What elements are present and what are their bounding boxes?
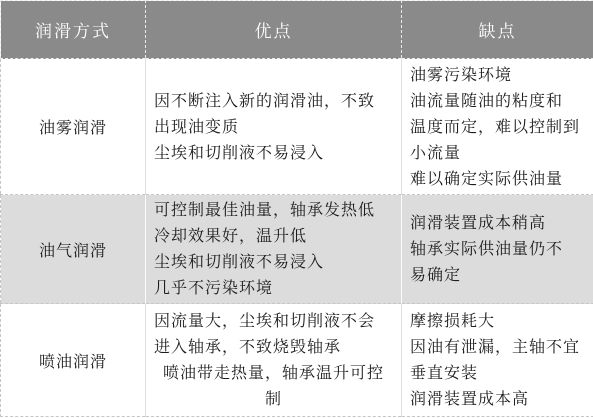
cell-line: 喷油带走热量，轴承温升可控	[154, 360, 393, 386]
cell-line: 易确定	[410, 262, 585, 288]
cell-line: 因不断注入新的润滑油，不致	[154, 88, 393, 114]
cell-line: 摩擦损耗大	[410, 308, 585, 334]
cons-cell: 摩擦损耗大因油有泄漏，主轴不宜垂直安装润滑装置成本高	[402, 304, 593, 417]
cons-cell: 油雾污染环境油流量随油的粘度和温度而定，难以控制到小流量难以确定实际供油量	[402, 59, 593, 195]
lubrication-table: 润滑方式 优点 缺点 油雾润滑因不断注入新的润滑油，不致出现油变质尘埃和切削液不…	[0, 0, 593, 417]
table-row: 油气润滑可控制最佳油量，轴承发热低冷却效果好，温升低尘埃和切削液不易浸入几乎不污…	[1, 195, 593, 304]
lubrication-comparison-page: 润滑方式 优点 缺点 油雾润滑因不断注入新的润滑油，不致出现油变质尘埃和切削液不…	[0, 0, 593, 418]
cell-line: 因流量大，尘埃和切削液不会	[154, 308, 393, 334]
cell-line: 润滑装置成本高	[410, 386, 585, 412]
cell-line: 难以确定实际供油量	[410, 166, 585, 192]
method-cell: 油雾润滑	[1, 59, 146, 195]
cell-line: 小流量	[410, 140, 585, 166]
header-cell-method: 润滑方式	[1, 1, 146, 59]
table-row: 油雾润滑因不断注入新的润滑油，不致出现油变质尘埃和切削液不易浸入油雾污染环境油流…	[1, 59, 593, 195]
cell-line: 几乎不污染环境	[154, 275, 393, 301]
method-cell: 油气润滑	[1, 195, 146, 304]
cell-line: 尘埃和切削液不易浸入	[154, 140, 393, 166]
cell-line: 润滑装置成本稍高	[410, 210, 585, 236]
cell-line: 轴承实际供油量仍不	[410, 236, 585, 262]
table-header: 润滑方式 优点 缺点	[1, 1, 593, 59]
cell-line: 进入轴承，不致烧毁轴承	[154, 334, 393, 360]
cell-line: 出现油变质	[154, 114, 393, 140]
cell-line: 冷却效果好，温升低	[154, 223, 393, 249]
cell-line: 尘埃和切削液不易浸入	[154, 249, 393, 275]
table-body: 油雾润滑因不断注入新的润滑油，不致出现油变质尘埃和切削液不易浸入油雾污染环境油流…	[1, 59, 593, 417]
cell-line: 垂直安装	[410, 360, 585, 386]
pros-cell: 因不断注入新的润滑油，不致出现油变质尘埃和切削液不易浸入	[146, 59, 402, 195]
cell-line: 可控制最佳油量，轴承发热低	[154, 197, 393, 223]
cons-cell: 润滑装置成本稍高轴承实际供油量仍不易确定	[402, 195, 593, 304]
table-row: 喷油润滑因流量大，尘埃和切削液不会进入轴承，不致烧毁轴承喷油带走热量，轴承温升可…	[1, 304, 593, 417]
cell-line: 制	[154, 386, 393, 412]
cell-line: 油雾污染环境	[410, 62, 585, 88]
cell-line: 温度而定，难以控制到	[410, 114, 585, 140]
header-cell-cons: 缺点	[402, 1, 593, 59]
pros-cell: 因流量大，尘埃和切削液不会进入轴承，不致烧毁轴承喷油带走热量，轴承温升可控制	[146, 304, 402, 417]
method-cell: 喷油润滑	[1, 304, 146, 417]
pros-cell: 可控制最佳油量，轴承发热低冷却效果好，温升低尘埃和切削液不易浸入几乎不污染环境	[146, 195, 402, 304]
header-row: 润滑方式 优点 缺点	[1, 1, 593, 59]
cell-line: 油流量随油的粘度和	[410, 88, 585, 114]
header-cell-pros: 优点	[146, 1, 402, 59]
cell-line: 因油有泄漏，主轴不宜	[410, 334, 585, 360]
